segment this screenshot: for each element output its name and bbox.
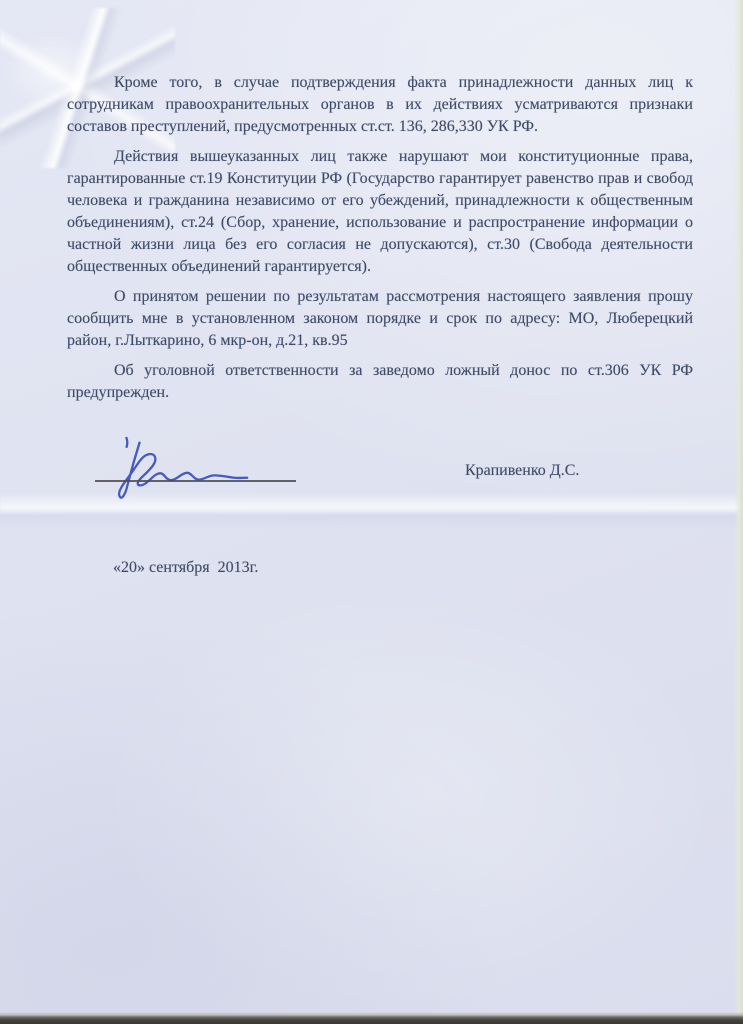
signatory-name: Крапивенко Д.С.	[465, 462, 579, 480]
scan-edge-bottom	[0, 1012, 743, 1024]
handwritten-signature	[91, 429, 262, 508]
signature-underline	[95, 480, 296, 482]
paragraph-criminal-articles: Кроме того, в случае подтверждения факта…	[67, 72, 693, 138]
paragraph-constitutional-rights: Действия вышеуказанных лиц также нарушаю…	[67, 146, 693, 278]
scanned-document-page: Кроме того, в случае подтверждения факта…	[0, 0, 743, 1024]
scan-edge-right	[734, 0, 743, 1024]
document-body: Кроме того, в случае подтверждения факта…	[67, 72, 693, 412]
document-date: «20» сентября 2013г.	[113, 559, 258, 577]
paragraph-false-report-warning: Об уголовной ответственности за заведомо…	[67, 360, 693, 404]
paragraph-reply-address: О принятом решении по результатам рассмо…	[67, 286, 693, 352]
